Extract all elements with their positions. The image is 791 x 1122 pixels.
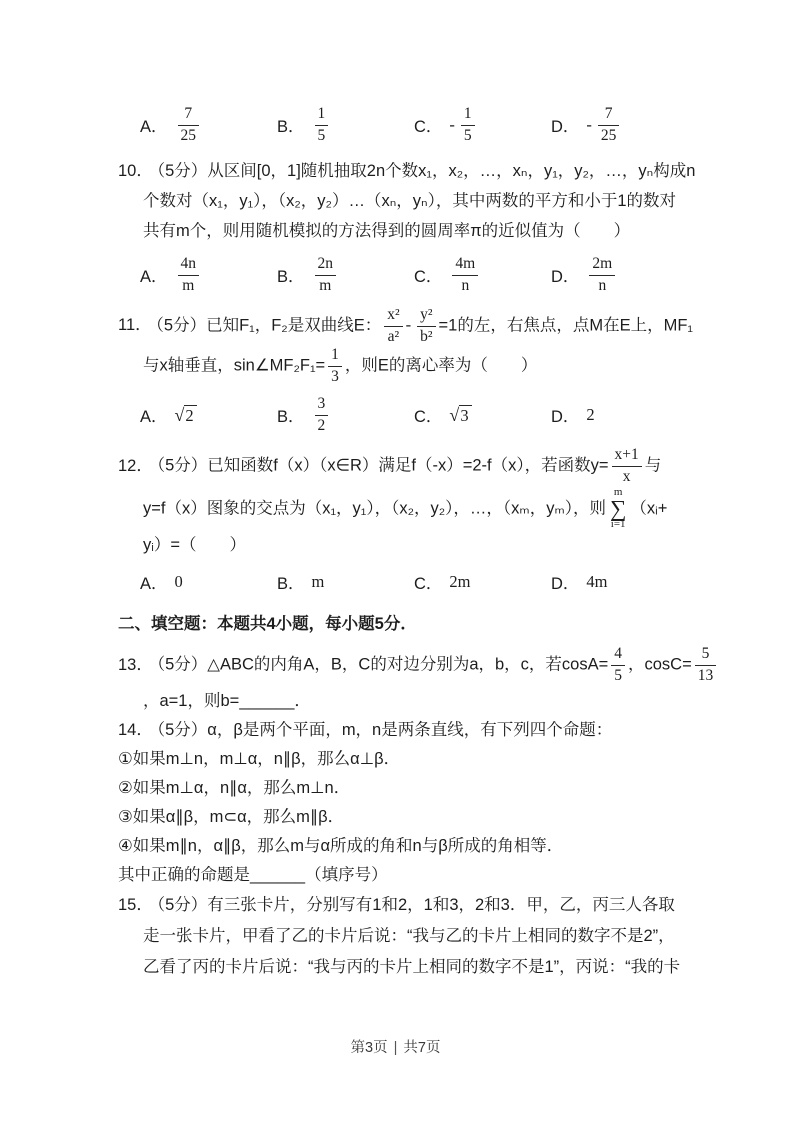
fraction-denominator: n <box>589 276 615 296</box>
q10-option-d-label: D． <box>551 263 579 287</box>
q14-item-4: ④如果m∥n，α∥β，那么m与α所成的角和n与β所成的角相等． <box>118 832 698 861</box>
fraction-denominator: 5 <box>611 666 625 686</box>
radicand: 3 <box>459 405 471 425</box>
q10-option-a-label: A． <box>140 263 168 287</box>
fraction-denominator: 25 <box>598 126 620 146</box>
q10-option-a: A． 4n m <box>140 255 277 295</box>
radical-sign: √ <box>449 405 459 425</box>
question-11: 11．（5分）已知F₁，F₂是双曲线E：x²a²-y²b²=1的左，右焦点，点M… <box>118 306 698 437</box>
q12-line-2: y=f（x）图象的交点为（x₁，y₁），（x₂，y₂），…，（xₘ，yₘ），则m… <box>143 487 698 531</box>
q10-number: 10． <box>118 162 153 180</box>
fraction: 513 <box>695 645 717 685</box>
fraction-numerator: 7 <box>178 105 200 126</box>
q10-option-b-label: B． <box>277 263 305 287</box>
fraction-denominator: x <box>612 467 642 487</box>
q13-line-1: 13．（5分）△ABC的内角A，B，C的对边分别为a，b，c，若cosA=45，… <box>118 645 698 685</box>
q12-option-d-label: D． <box>551 570 579 594</box>
q13-text-4: ． <box>294 692 311 710</box>
q10-options-row: A． 4n m B． 2n m C． 4m <box>140 253 698 297</box>
q12-options-row: A． 0 B． m C． 2m D． 4m <box>140 567 698 597</box>
sigma-icon: ∑ <box>610 498 626 520</box>
q11-line-1: 11．（5分）已知F₁，F₂是双曲线E：x²a²-y²b²=1的左，右焦点，点M… <box>118 306 698 346</box>
radical-sign: √ <box>175 405 185 425</box>
q9-option-a-label: A． <box>140 113 168 137</box>
q10-option-c-label: C． <box>414 263 442 287</box>
q13-text-3: ，a=1，则b= <box>143 692 239 710</box>
q13-text-2: ，cosC= <box>628 656 692 674</box>
q10-option-b: B． 2n m <box>277 255 414 295</box>
q9-option-b: B． 1 5 <box>277 105 414 145</box>
q10-text-1: （5分）从区间[0，1]随机抽取2n个数x₁，x₂，…，xₙ，y₁，y₂，…，y… <box>157 162 696 180</box>
fraction-denominator: 25 <box>178 126 200 146</box>
exam-page: A． 7 25 B． 1 5 C． - 1 5 <box>0 0 791 1122</box>
q13-number: 13． <box>118 656 153 674</box>
q11-line-2: 与x轴垂直，sin∠MF₂F₁=13，则E的离心率为（ ） <box>143 346 698 386</box>
q12-option-a-value: 0 <box>175 572 183 592</box>
fraction-numerator: x+1 <box>612 446 642 467</box>
fraction: 2m n <box>589 255 615 295</box>
q12-option-a-label: A． <box>140 570 168 594</box>
minus-sign: - <box>586 115 592 135</box>
fraction-denominator: b² <box>417 327 435 347</box>
question-13: 13．（5分）△ABC的内角A，B，C的对边分别为a，b，c，若cosA=45，… <box>118 645 698 715</box>
fraction-numerator: 1 <box>328 346 342 367</box>
q12-option-b: B． m <box>277 570 414 594</box>
q12-number: 12． <box>118 457 153 475</box>
fraction-numerator: 2m <box>589 255 615 276</box>
q11-option-a: A． √2 <box>140 403 277 427</box>
q11-option-c: C． √3 <box>414 403 551 427</box>
q12-option-b-label: B． <box>277 570 305 594</box>
fraction: 1 5 <box>315 105 329 145</box>
q14-text-1: （5分）α，β是两个平面，m，n是两条直线，有下列四个命题： <box>157 721 612 739</box>
fraction: 7 25 <box>598 105 620 145</box>
q12-option-c-value: 2m <box>449 572 470 592</box>
q12-option-c: C． 2m <box>414 570 551 594</box>
fraction-numerator: 5 <box>695 645 717 666</box>
q12-text-1: （5分）已知函数f（x）（x∈R）满足f（-x）=2-f（x），若函数y= <box>157 457 609 475</box>
fraction-numerator: x² <box>384 306 402 327</box>
q11-text-2: =1的左，右焦点，点M在E上，MF₁ <box>439 316 693 334</box>
section-2-title: 二、填空题：本题共4小题，每小题5分． <box>118 609 698 639</box>
minus-sign: - <box>406 315 412 334</box>
q15-line-3: 乙看了丙的卡片后说：“我与丙的卡片上相同的数字不是1”，丙说：“我的卡 <box>143 952 698 983</box>
fraction: 45 <box>611 645 625 685</box>
fraction: 4m n <box>452 255 478 295</box>
q11-option-d-value: 2 <box>586 405 594 425</box>
radicand: 2 <box>184 405 196 425</box>
q14-line-1: 14．（5分）α，β是两个平面，m，n是两条直线，有下列四个命题： <box>118 716 698 745</box>
fraction-numerator: y² <box>417 306 435 327</box>
fraction-denominator: n <box>452 276 478 296</box>
q14-item-3: ③如果α∥β，m⊂α，那么m∥β． <box>118 803 698 832</box>
fraction-denominator: a² <box>384 327 402 347</box>
fraction-denominator: 3 <box>328 367 342 387</box>
fraction: 3 2 <box>315 395 329 435</box>
fraction: 7 25 <box>178 105 200 145</box>
q13-text-1: （5分）△ABC的内角A，B，C的对边分别为a，b，c，若cosA= <box>157 656 608 674</box>
answer-blank: ______ <box>250 866 305 884</box>
summation-lower-limit: i=1 <box>611 519 626 530</box>
q15-line-2: 走一张卡片，甲看了乙的卡片后说：“我与乙的卡片上相同的数字不是2”， <box>143 921 698 952</box>
q10-line-2: 个数对（x₁，y₁），（x₂，y₂）…（xₙ，yₙ），其中两数的平方和小于1的数… <box>143 186 698 216</box>
fraction-numerator: 4 <box>611 645 625 666</box>
exam-content: A． 7 25 B． 1 5 C． - 1 5 <box>118 96 698 983</box>
q12-line-3: yᵢ）=（ ） <box>143 530 698 560</box>
q15-number: 15． <box>118 896 153 914</box>
footer-page-number: 第3页 <box>351 1040 388 1056</box>
q15-text-1: （5分）有三张卡片，分别写有1和2，1和3，2和3．甲，乙，丙三人各取 <box>157 896 675 914</box>
fraction-denominator: 5 <box>461 126 475 146</box>
q9-option-a: A． 7 25 <box>140 105 277 145</box>
q11-option-a-label: A． <box>140 403 168 427</box>
fraction-numerator: 3 <box>315 395 329 416</box>
q12-option-d-value: 4m <box>586 572 607 592</box>
fraction-denominator: m <box>178 276 200 296</box>
minus-sign: - <box>449 115 455 135</box>
q9-option-b-label: B． <box>277 113 305 137</box>
answer-blank: ______ <box>239 692 294 710</box>
q12-option-b-value: m <box>312 572 325 592</box>
fraction-numerator: 7 <box>598 105 620 126</box>
square-root: √3 <box>449 405 471 426</box>
fraction-numerator: 1 <box>461 105 475 126</box>
question-10: 10．（5分）从区间[0，1]随机抽取2n个数x₁，x₂，…，xₙ，y₁，y₂，… <box>118 156 698 297</box>
q10-option-d: D． 2m n <box>551 255 618 295</box>
fraction-numerator: 4n <box>178 255 200 276</box>
fraction: y²b² <box>417 306 435 346</box>
footer-divider: | <box>394 1040 398 1056</box>
q11-option-c-label: C． <box>414 403 442 427</box>
q11-text-4: ，则E的离心率为（ ） <box>345 357 538 375</box>
q12-text-2: 与 <box>645 457 662 475</box>
page-footer: 第3页|共7页 <box>0 1038 791 1058</box>
q14-line-2: 其中正确的命题是______（填序号） <box>118 861 698 890</box>
q15-line-1: 15．（5分）有三张卡片，分别写有1和2，1和3，2和3．甲，乙，丙三人各取 <box>118 890 698 921</box>
q14-number: 14． <box>118 721 153 739</box>
q12-line-1: 12．（5分）已知函数f（x）（x∈R）满足f（-x）=2-f（x），若函数y=… <box>118 446 698 486</box>
fraction: 13 <box>328 346 342 386</box>
q10-line-3: 共有m个，则用随机模拟的方法得到的圆周率π的近似值为（ ） <box>143 216 698 246</box>
summation-symbol: m∑i=1 <box>610 487 626 531</box>
fraction-denominator: 13 <box>695 666 717 686</box>
q14-text-3: （填序号） <box>305 866 388 884</box>
q11-text-1: （5分）已知F₁，F₂是双曲线E： <box>156 316 382 334</box>
q9-option-d-label: D． <box>551 113 579 137</box>
q12-option-a: A． 0 <box>140 570 277 594</box>
q12-option-c-label: C． <box>414 570 442 594</box>
q9-options-row: A． 7 25 B． 1 5 C． - 1 5 <box>140 103 698 147</box>
q9-option-d: D． - 7 25 <box>551 105 622 145</box>
square-root: √2 <box>175 405 197 426</box>
q11-option-b-label: B． <box>277 403 305 427</box>
fraction: x+1x <box>612 446 642 486</box>
fraction-numerator: 1 <box>315 105 329 126</box>
q14-text-2: 其中正确的命题是 <box>118 866 250 884</box>
q9-option-c-label: C． <box>414 113 442 137</box>
q11-options-row: A． √2 B． 3 2 C． √3 D． 2 <box>140 393 698 437</box>
fraction-denominator: 5 <box>315 126 329 146</box>
fraction: x²a² <box>384 306 402 346</box>
question-14: 14．（5分）α，β是两个平面，m，n是两条直线，有下列四个命题： ①如果m⊥n… <box>118 716 698 890</box>
fraction: 2n m <box>315 255 337 295</box>
question-12: 12．（5分）已知函数f（x）（x∈R）满足f（-x）=2-f（x），若函数y=… <box>118 446 698 597</box>
fraction-numerator: 2n <box>315 255 337 276</box>
q13-line-2: ，a=1，则b=______． <box>143 686 698 716</box>
fraction-denominator: m <box>315 276 337 296</box>
footer-page-total: 共7页 <box>403 1040 440 1056</box>
fraction: 1 5 <box>461 105 475 145</box>
fraction: 4n m <box>178 255 200 295</box>
q14-item-2: ②如果m⊥α，n∥α，那么m⊥n． <box>118 774 698 803</box>
q14-item-1: ①如果m⊥n，m⊥α，n∥β，那么α⊥β． <box>118 745 698 774</box>
fraction-denominator: 2 <box>315 416 329 436</box>
q11-option-d: D． 2 <box>551 403 595 427</box>
q11-option-d-label: D． <box>551 403 579 427</box>
q12-option-d: D． 4m <box>551 570 608 594</box>
fraction-numerator: 4m <box>452 255 478 276</box>
q9-option-c: C． - 1 5 <box>414 105 551 145</box>
q11-option-b: B． 3 2 <box>277 395 414 435</box>
q10-line-1: 10．（5分）从区间[0，1]随机抽取2n个数x₁，x₂，…，xₙ，y₁，y₂，… <box>118 156 698 186</box>
question-15: 15．（5分）有三张卡片，分别写有1和2，1和3，2和3．甲，乙，丙三人各取 走… <box>118 890 698 983</box>
q11-number: 11． <box>118 316 152 334</box>
q12-text-3: y=f（x）图象的交点为（x₁，y₁），（x₂，y₂），…，（xₘ，yₘ），则 <box>143 499 606 517</box>
q11-text-3: 与x轴垂直，sin∠MF₂F₁= <box>143 357 325 375</box>
q10-option-c: C． 4m n <box>414 255 551 295</box>
q12-text-4: （xᵢ+ <box>630 499 667 517</box>
